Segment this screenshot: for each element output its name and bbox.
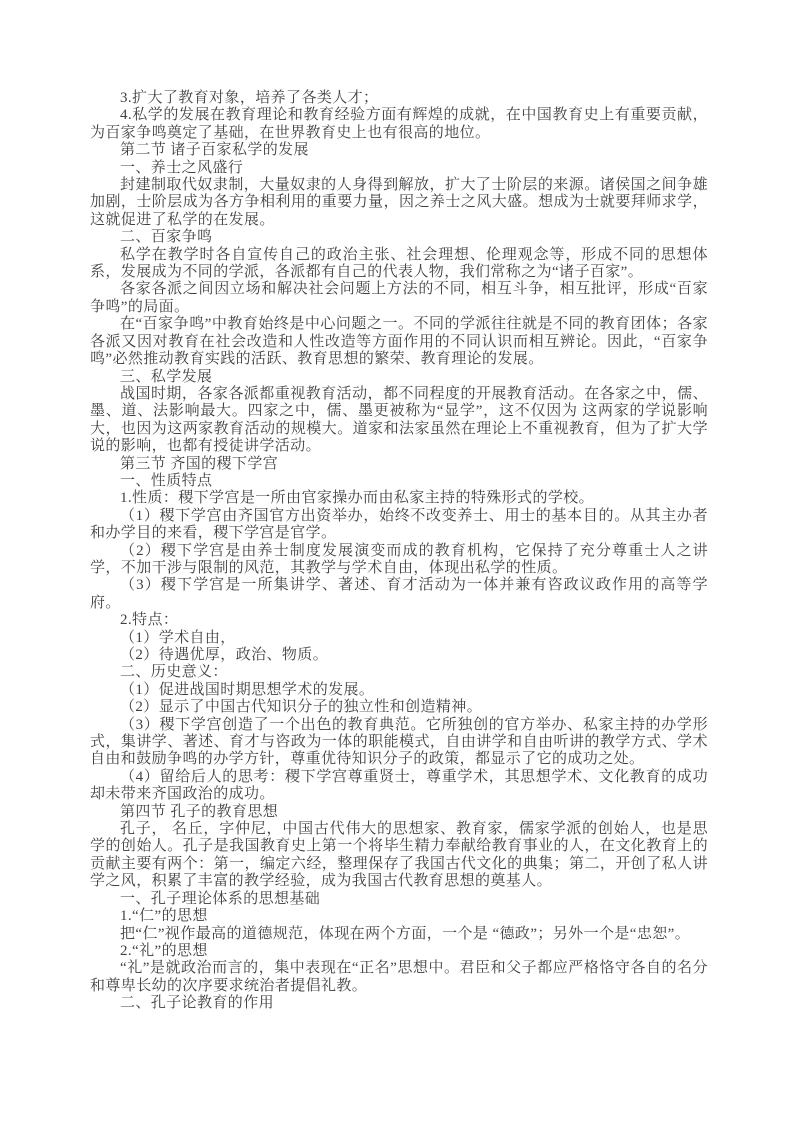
paragraph: 把“仁”视作最高的道德规范，体现在两个方面，一个是 “德政”；另外一个是“忠恕”… <box>90 926 708 943</box>
document-page: 3.扩大了教育对象，培养了各类人才；4.私学的发展在教育理论和教育经验方面有辉煌… <box>0 0 793 1122</box>
list-item: （3）稷下学宫创造了一个出色的教育典范。它所独创的官方举办、私家主持的办学形式，… <box>90 717 708 769</box>
section-heading: 第四节 孔子的教育思想 <box>90 804 708 821</box>
paragraph: 战国时期，各家各派都重视教育活动，都不同程度的开展教育活动。在各家之中，儒、墨、… <box>90 386 708 456</box>
subsection-heading: 二、孔子论教育的作用 <box>90 995 708 1012</box>
paragraph: 私学在教学时各自宣传自己的政治主张、社会理想、伦理观念等，形成不同的思想体系，发… <box>90 247 708 282</box>
section-heading: 第二节 诸子百家私学的发展 <box>90 142 708 159</box>
list-item: 2.特点： <box>90 612 708 629</box>
list-item: （1）促进战国时期思想学术的发展。 <box>90 682 708 699</box>
list-item: （1）稷下学宫由齐国官方出资举办，始终不改变养士、用士的基本目的。从其主办者和办… <box>90 508 708 543</box>
list-item: 1.“仁”的思想 <box>90 908 708 925</box>
subsection-heading: 二、历史意义： <box>90 664 708 681</box>
subsection-heading: 二、百家争鸣 <box>90 229 708 246</box>
subsection-heading: 一、养士之风盛行 <box>90 160 708 177</box>
list-item: 2.“礼”的思想 <box>90 943 708 960</box>
paragraph: 各家各派之间因立场和解决社会问题上方法的不同，相互斗争，相互批评，形成“百家争鸣… <box>90 281 708 316</box>
list-item: （3）稷下学宫是一所集讲学、著述、育才活动为一体并兼有咨政议政作用的高等学府。 <box>90 577 708 612</box>
paragraph: 在“百家争鸣”中教育始终是中心问题之一。不同的学派往往就是不同的教育团体；各家各… <box>90 316 708 368</box>
paragraph: 孔子， 名丘，字仲尼，中国古代伟大的思想家、教育家，儒家学派的创始人，也是思学的… <box>90 821 708 891</box>
list-item: 4.私学的发展在教育理论和教育经验方面有辉煌的成就，在中国教育史上有重要贡献，为… <box>90 107 708 142</box>
subsection-heading: 一、性质特点 <box>90 473 708 490</box>
list-item: （4）留给后人的思考：稷下学宫尊重贤士，尊重学术，其思想学术、文化教育的成功却未… <box>90 769 708 804</box>
list-item: （2）显示了中国古代知识分子的独立性和创造精神。 <box>90 699 708 716</box>
list-item: 3.扩大了教育对象，培养了各类人才； <box>90 90 708 107</box>
list-item: 1.性质：稷下学宫是一所由官家操办而由私家主持的特殊形式的学校。 <box>90 490 708 507</box>
paragraph: “礼”是就政治而言的，集中表现在“正名”思想中。君臣和父子都应严格恪守各自的名分… <box>90 960 708 995</box>
section-heading: 第三节 齐国的稷下学宫 <box>90 456 708 473</box>
subsection-heading: 一、孔子理论体系的思想基础 <box>90 891 708 908</box>
list-item: （2）待遇优厚，政治、物质。 <box>90 647 708 664</box>
text-block: 3.扩大了教育对象，培养了各类人才；4.私学的发展在教育理论和教育经验方面有辉煌… <box>90 90 708 1013</box>
paragraph: 封建制取代奴隶制，大量奴隶的人身得到解放，扩大了士阶层的来源。诸侯国之间争雄加剧… <box>90 177 708 229</box>
list-item: （2）稷下学宫是由养士制度发展演变而成的教育机构，它保持了充分尊重士人之讲学，不… <box>90 543 708 578</box>
subsection-heading: 三、私学发展 <box>90 369 708 386</box>
list-item: （1）学术自由， <box>90 630 708 647</box>
